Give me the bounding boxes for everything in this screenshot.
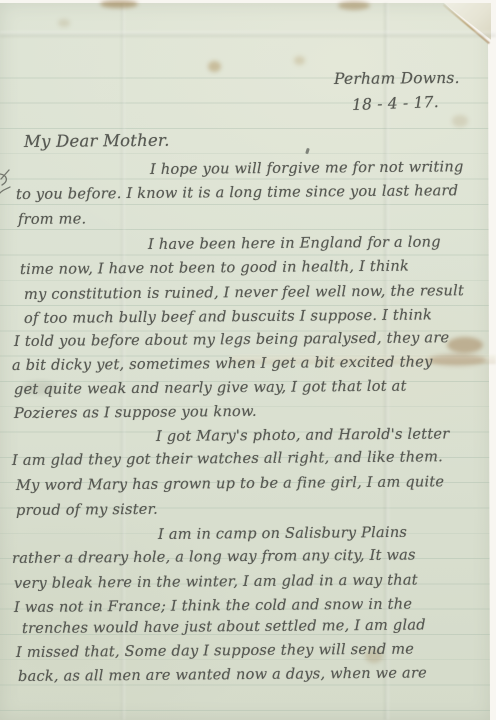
letter-line: I missed that, Some day I suppose they w…: [16, 641, 414, 661]
foxing-stain: [428, 354, 486, 366]
pencil-scribble-mark: [0, 168, 14, 200]
foxing-stain: [294, 56, 305, 65]
foxing-stain: [452, 115, 468, 127]
letter-line: I hope you will forgive me for not writi…: [150, 158, 464, 178]
foxing-stain: [447, 337, 483, 353]
letter-line: trenches would have just about settled m…: [22, 616, 426, 637]
letter-line: I have been here in England for a long: [148, 233, 441, 253]
letter-line: time now, I have not been to good in hea…: [20, 258, 409, 278]
letter-line: of too much bully beef and buscuits I su…: [24, 306, 432, 327]
foxing-stain: [338, 1, 370, 10]
letter-line: Pozieres as I suppose you know.: [14, 403, 257, 422]
letter-line: very bleak here in the winter, I am glad…: [14, 571, 418, 592]
heading-place: Perham Downs.: [334, 69, 460, 88]
letter-line: proud of my sister.: [16, 501, 158, 519]
foxing-stain: [58, 19, 70, 27]
letter-line: get quite weak and nearly give way, I go…: [14, 378, 407, 398]
letter-line: rather a dreary hole, a long way from an…: [12, 546, 416, 567]
foxing-stain: [100, 0, 138, 8]
foxing-stain: [208, 61, 221, 72]
heading-date: 18 - 4 - 17.: [352, 93, 439, 114]
letter-line: I got Mary's photo, and Harold's letter: [156, 425, 450, 445]
letter-line: I was not in France; I think the cold an…: [14, 596, 412, 616]
fold-crease-horizontal: [0, 31, 496, 37]
scanned-letter: Perham Downs. 18 - 4 - 17. My Dear Mothe…: [0, 0, 496, 720]
letter-line: back, as all men are wanted now a days, …: [18, 664, 427, 685]
letter-line: I am in camp on Salisbury Plains: [158, 524, 407, 543]
salutation: My Dear Mother.: [24, 131, 170, 151]
letter-line: from me.: [18, 210, 87, 228]
